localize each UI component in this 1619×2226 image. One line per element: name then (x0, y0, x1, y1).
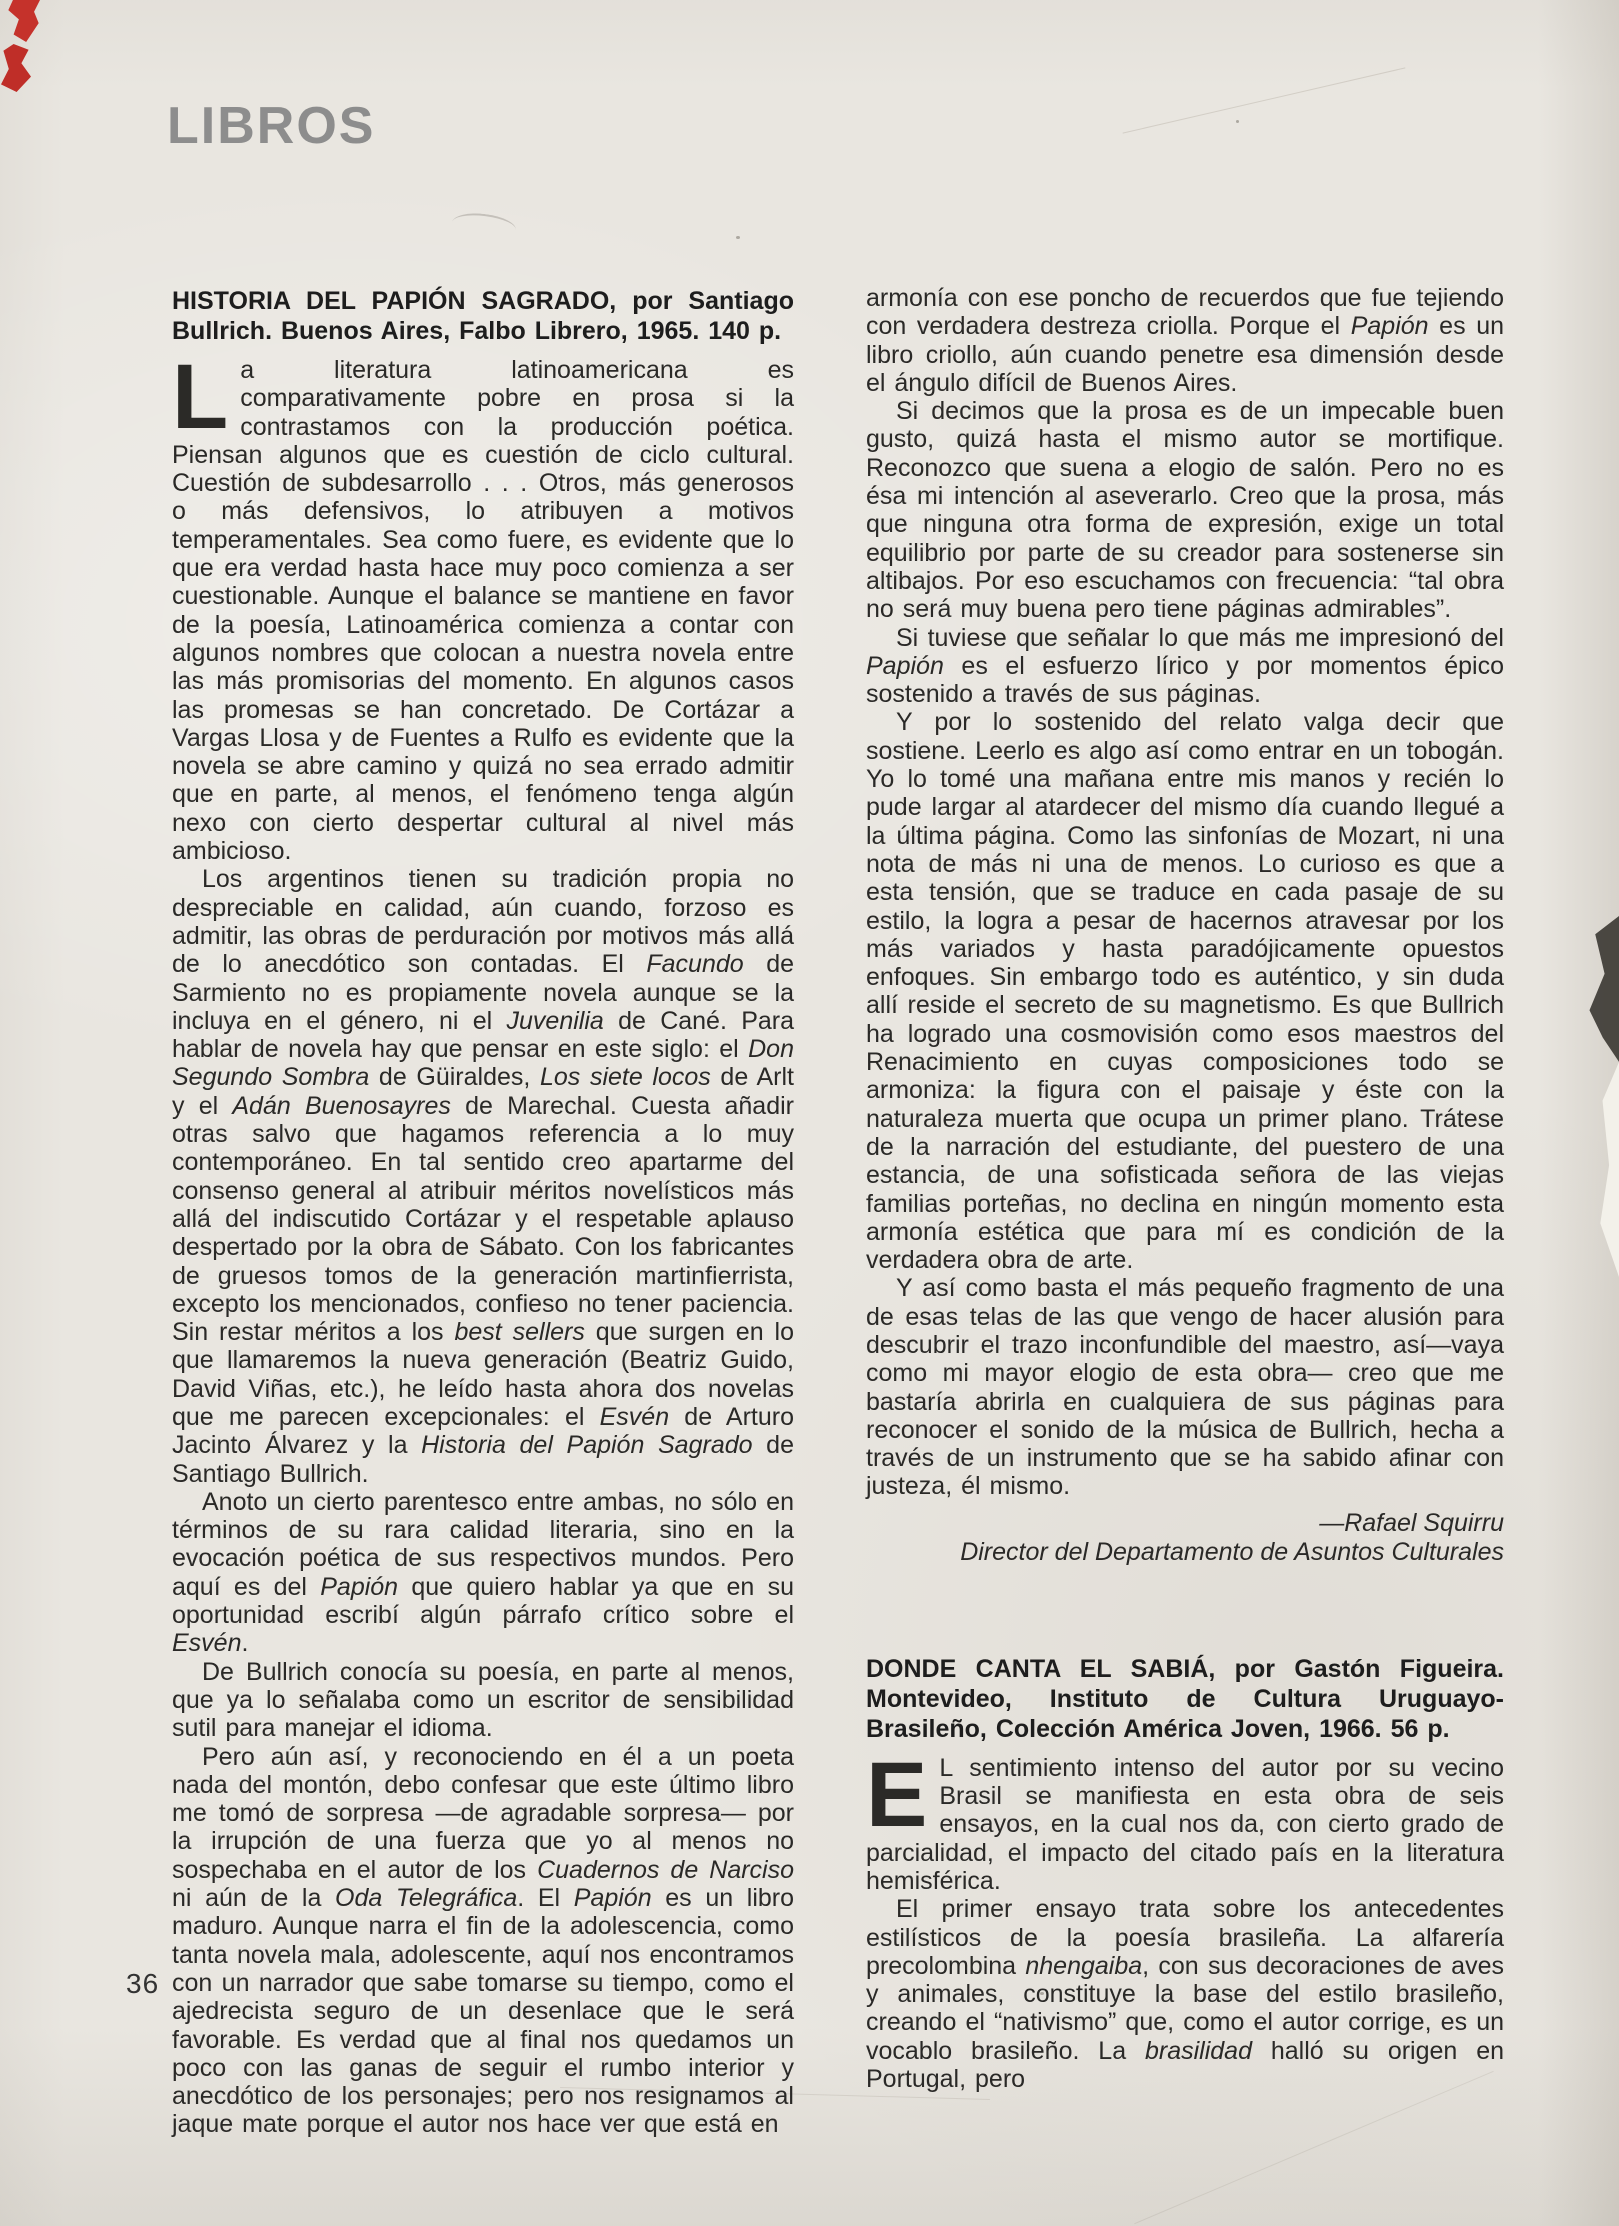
paragraph: La literatura latinoamericana es compara… (172, 356, 794, 865)
drop-cap: E (866, 1754, 927, 1831)
paragraph: Si tuviese que señalar lo que más me imp… (866, 624, 1504, 709)
signature-role: Director del Departamento de Asuntos Cul… (866, 1538, 1504, 1568)
paragraph: armonía con ese poncho de recuerdos que … (866, 284, 1504, 397)
paragraph: Pero aún así, y reconociendo en él a un … (172, 1743, 794, 2139)
drop-cap: L (172, 356, 228, 433)
paragraph: Anoto un cierto parentesco entre ambas, … (172, 1488, 794, 1658)
review1-heading: HISTORIA DEL PAPIÓN SAGRADO, por Santiag… (172, 286, 794, 346)
paper-speck (1236, 120, 1239, 123)
scratch-mark (451, 210, 517, 242)
section-title: LIBROS (167, 96, 375, 156)
paragraph: El primer ensayo trata sobre los anteced… (866, 1895, 1504, 2093)
left-column: HISTORIA DEL PAPIÓN SAGRADO, por Santiag… (172, 286, 794, 2139)
paper-speck (736, 236, 740, 239)
fold-crease (1134, 2071, 1493, 2224)
magazine-page-scan: LIBROS HISTORIA DEL PAPIÓN SAGRADO, por … (0, 0, 1619, 2226)
review2-body: EL sentimiento intenso del autor por su … (866, 1754, 1504, 2094)
torn-red-paper-mark (7, 0, 40, 42)
page-edge-tear (1597, 1062, 1619, 1277)
scan-ink-smudge (1583, 916, 1619, 1068)
page-number: 36 (126, 1968, 159, 2000)
signature-block: —Rafael Squirru Director del Departament… (866, 1509, 1504, 1568)
right-column: armonía con ese poncho de recuerdos que … (866, 284, 1504, 2093)
signature-author: —Rafael Squirru (866, 1509, 1504, 1539)
paragraph: De Bullrich conocía su poesía, en parte … (172, 1658, 794, 1743)
fold-crease (1123, 67, 1406, 133)
torn-red-paper-mark (1, 44, 31, 92)
review1-body-continued: armonía con ese poncho de recuerdos que … (866, 284, 1504, 1501)
paragraph: Los argentinos tienen su tradición propi… (172, 865, 794, 1488)
paragraph: Y así como basta el más pequeño fragment… (866, 1274, 1504, 1500)
paragraph: EL sentimiento intenso del autor por su … (866, 1754, 1504, 1895)
review2-heading: DONDE CANTA EL SABIÁ, por Gastón Figueir… (866, 1654, 1504, 1744)
paragraph: Y por lo sostenido del relato valga deci… (866, 708, 1504, 1274)
review1-body: La literatura latinoamericana es compara… (172, 356, 794, 2139)
paragraph: Si decimos que la prosa es de un impecab… (866, 397, 1504, 623)
